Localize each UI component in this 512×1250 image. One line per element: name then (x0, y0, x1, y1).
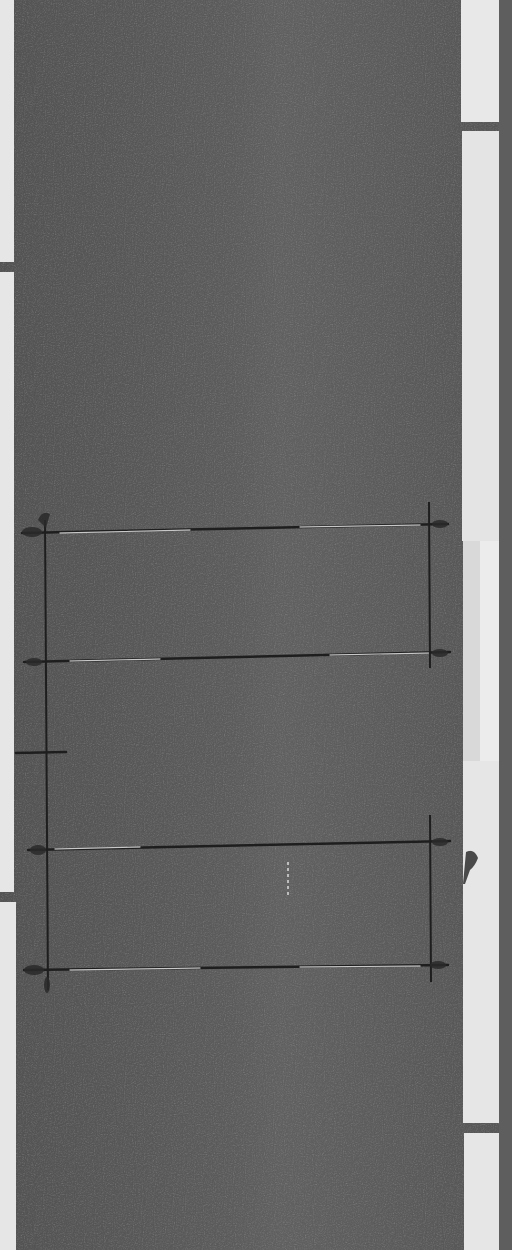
shoulder-strip (499, 0, 512, 1250)
road-surface-graphic (0, 0, 512, 1250)
left-edge-line (0, 0, 16, 1250)
road-scan-image (0, 0, 512, 1250)
right-lane-line (461, 0, 502, 1250)
asphalt (0, 0, 512, 1250)
